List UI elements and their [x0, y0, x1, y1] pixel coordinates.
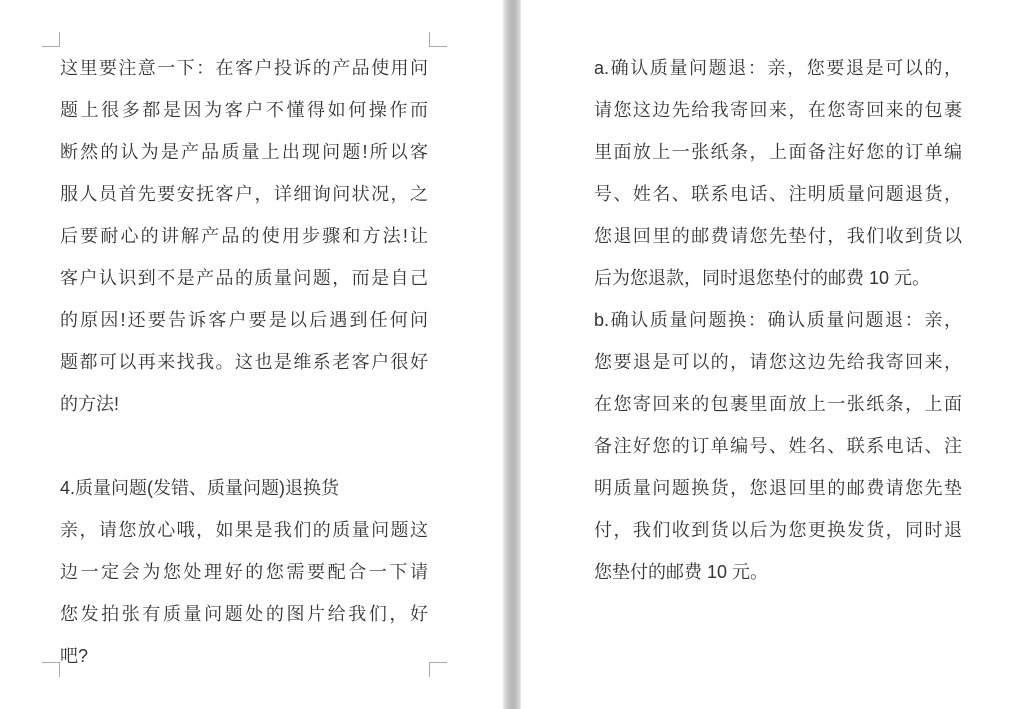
text-line: 吧?	[60, 635, 428, 677]
text-line: 题都可以再来找我。这也是维系老客户很好	[60, 341, 428, 383]
text-line: 的方法!	[60, 383, 428, 425]
text-line: 号、姓名、联系电话、注明质量问题退货，	[594, 173, 962, 215]
text-line: 在您寄回来的包裹里面放上一张纸条，上面	[594, 383, 962, 425]
page-gap-divider	[502, 0, 522, 709]
text-line: 后要耐心的讲解产品的使用步骤和方法!让	[60, 215, 428, 257]
margin-corner-mark-top-right	[429, 32, 447, 47]
text-line: 您退回里的邮费请您先垫付，我们收到货以	[594, 215, 962, 257]
text-line: 这里要注意一下：在客户投诉的产品使用问	[60, 47, 428, 89]
text-line	[60, 425, 428, 467]
text-line: 您发拍张有质量问题处的图片给我们，好	[60, 593, 428, 635]
text-line: 您垫付的邮费 10 元。	[594, 551, 962, 593]
text-line: a.确认质量问题退：亲，您要退是可以的，	[594, 47, 962, 89]
text-line: 付，我们收到货以后为您更换发货，同时退	[594, 509, 962, 551]
text-line: 请您这边先给我寄回来，在您寄回来的包裹	[594, 89, 962, 131]
text-line: 后为您退款，同时退您垫付的邮费 10 元。	[594, 257, 962, 299]
page-2-text-block: a.确认质量问题退：亲，您要退是可以的，请您这边先给我寄回来，在您寄回来的包裹里…	[594, 47, 962, 593]
document-canvas: 这里要注意一下：在客户投诉的产品使用问题上很多都是因为客户不懂得如何操作而断然的…	[0, 0, 1025, 709]
text-line: 亲，请您放心哦，如果是我们的质量问题这	[60, 509, 428, 551]
text-line: 里面放上一张纸条，上面备注好您的订单编	[594, 131, 962, 173]
margin-corner-mark-top-left	[42, 32, 60, 47]
text-line: 服人员首先要安抚客户，详细询问状况，之	[60, 173, 428, 215]
margin-corner-mark-bottom-left	[42, 662, 60, 677]
margin-corner-mark-bottom-right	[429, 662, 447, 677]
text-line: b.确认质量问题换：确认质量问题退：亲，	[594, 299, 962, 341]
text-line: 的原因!还要告诉客户要是以后遇到任何问	[60, 299, 428, 341]
text-line: 您要退是可以的，请您这边先给我寄回来，	[594, 341, 962, 383]
text-line: 客户认识到不是产品的质量问题，而是自己	[60, 257, 428, 299]
text-line: 断然的认为是产品质量上出现问题!所以客	[60, 131, 428, 173]
text-line: 4.质量问题(发错、质量问题)退换货	[60, 467, 428, 509]
text-line: 题上很多都是因为客户不懂得如何操作而	[60, 89, 428, 131]
page-1-text-block: 这里要注意一下：在客户投诉的产品使用问题上很多都是因为客户不懂得如何操作而断然的…	[60, 47, 428, 677]
text-line: 明质量问题换货，您退回里的邮费请您先垫	[594, 467, 962, 509]
text-line: 备注好您的订单编号、姓名、联系电话、注	[594, 425, 962, 467]
text-line: 边一定会为您处理好的您需要配合一下请	[60, 551, 428, 593]
